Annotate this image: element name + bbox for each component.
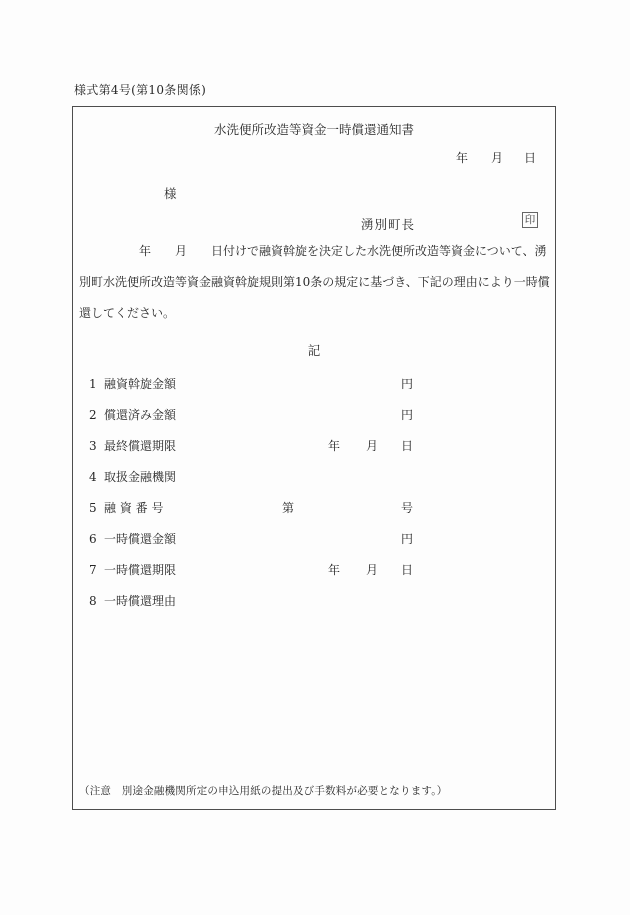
item-row: 3 最終償還期限 年月日 <box>73 440 555 471</box>
body-paragraph: 年 月 日付けで融資斡旋を決定した水洗便所改造等資金について、湧別町水洗便所改造… <box>79 245 553 338</box>
date-month-label: 月 <box>491 149 503 166</box>
item-label: 取扱金融機関 <box>104 471 176 484</box>
item-label: 一時償還理由 <box>104 595 176 608</box>
item-label: 融 資 番 号 <box>104 502 163 515</box>
page: 様式第4号(第10条関係) 水洗便所改造等資金一時償還通知書 年 月 日 様 湧… <box>0 0 630 915</box>
item-number: 5 <box>89 502 97 515</box>
item-cell-month: 月 <box>366 564 378 577</box>
item-row: 5 融 資 番 号 第号 <box>73 502 555 533</box>
item-label: 最終償還期限 <box>104 440 176 453</box>
footer-note: （注意 別途金融機関所定の申込用紙の提出及び手数料が必要となります。） <box>79 783 447 798</box>
item-cell-dai: 第 <box>282 502 294 515</box>
date-year-label: 年 <box>456 149 468 166</box>
item-number: 3 <box>89 440 97 453</box>
item-number: 4 <box>89 471 97 484</box>
item-cell-yen: 円 <box>401 409 413 422</box>
item-row: 2 償還済み金額 円 <box>73 409 555 440</box>
item-label: 償還済み金額 <box>104 409 176 422</box>
item-cell-day: 日 <box>401 440 413 453</box>
item-row: 1 融資斡旋金額 円 <box>73 378 555 409</box>
item-cell-yen: 円 <box>401 378 413 391</box>
item-cell-go: 号 <box>401 502 413 515</box>
items-list: 1 融資斡旋金額 円 2 償還済み金額 円 3 最終償還期限 年月日 4 取扱金… <box>73 378 555 626</box>
item-number: 8 <box>89 595 97 608</box>
item-row: 7 一時償還期限 年月日 <box>73 564 555 595</box>
form-label: 様式第4号(第10条関係) <box>74 81 206 98</box>
item-cell-year: 年 <box>328 440 340 453</box>
body-text-line: 還してください。 <box>79 307 553 338</box>
document-box: 水洗便所改造等資金一時償還通知書 年 月 日 様 湧別町長 印 年 月 日付けで… <box>72 106 556 810</box>
seal-stamp-icon: 印 <box>522 212 538 228</box>
item-number: 2 <box>89 409 97 422</box>
sender-name: 湧別町長 <box>361 215 415 233</box>
item-cell-day: 日 <box>401 564 413 577</box>
item-cell-month: 月 <box>366 440 378 453</box>
item-cell-yen: 円 <box>401 533 413 546</box>
body-text-line: 別町水洗便所改造等資金融資斡旋規則第10条の規定に基づき、下記の理由により一時償 <box>79 276 553 307</box>
item-label: 融資斡旋金額 <box>104 378 176 391</box>
item-row: 4 取扱金融機関 <box>73 471 555 502</box>
record-heading: 記 <box>73 341 555 359</box>
document-title: 水洗便所改造等資金一時償還通知書 <box>73 120 555 138</box>
body-text-line: 年 月 日付けで融資斡旋を決定した水洗便所改造等資金について、湧 <box>79 245 553 276</box>
date-day-label: 日 <box>524 149 536 166</box>
item-number: 7 <box>89 564 97 577</box>
item-number: 6 <box>89 533 97 546</box>
item-row: 8 一時償還理由 <box>73 595 555 626</box>
item-cell-year: 年 <box>328 564 340 577</box>
item-label: 一時償還金額 <box>104 533 176 546</box>
item-number: 1 <box>89 378 97 391</box>
addressee-suffix: 様 <box>164 184 177 202</box>
item-label: 一時償還期限 <box>104 564 176 577</box>
item-row: 6 一時償還金額 円 <box>73 533 555 564</box>
